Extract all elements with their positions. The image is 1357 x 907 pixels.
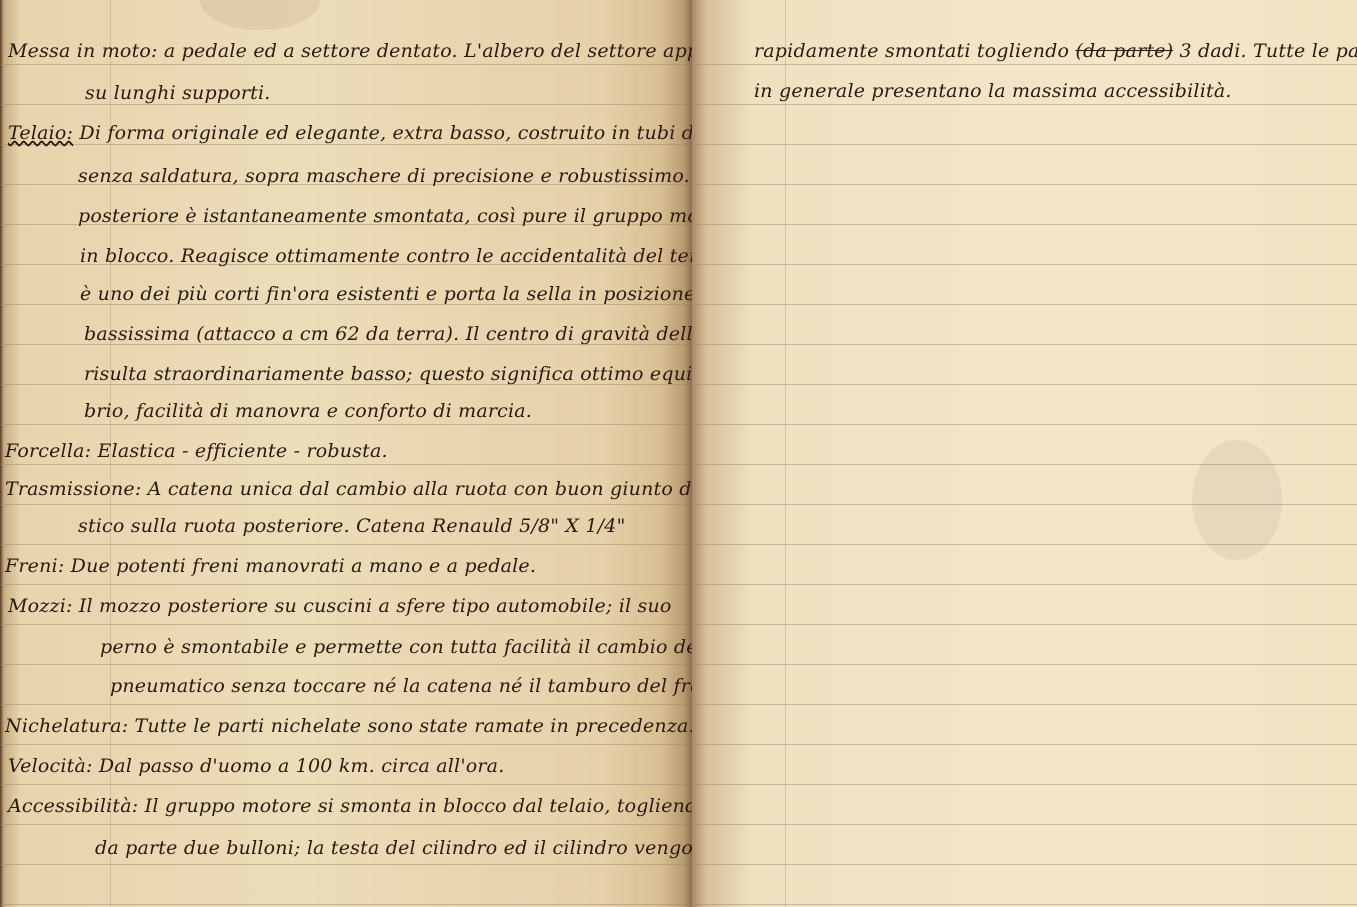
note-line: posteriore è istantaneamente smontata, c… [78,205,692,227]
note-line: da parte due bulloni; la testa del cilin… [95,837,692,859]
section-label: Messa in moto: [8,40,158,62]
note-text: a pedale ed a settore dentato. L'albero … [158,40,692,62]
note-line: stico sulla ruota posteriore. Catena Ren… [78,515,626,537]
note-text: su lunghi supporti. [85,82,270,104]
note-line: risulta straordinariamente basso; questo… [84,363,692,385]
section-label: Telaio: [8,122,73,144]
section-label: Mozzi: [8,595,73,617]
section-label: Nichelatura: [5,715,128,737]
note-line-telaio: Telaio: Di forma originale ed elegante, … [8,122,692,144]
note-text: Due potenti freni manovrati a mano e a p… [64,555,536,577]
note-line-continuation: in generale presentano la massima access… [754,80,1232,102]
section-label: Velocità: [8,755,93,777]
note-text: Tutte le parti nichelate sono state rama… [128,715,692,737]
note-line-trasmissione: Trasmissione: A catena unica dal cambio … [5,478,692,500]
note-line: pneumatico senza toccare né la catena né… [110,675,692,697]
note-line-accessibilita: Accessibilità: Il gruppo motore si smont… [8,795,692,817]
note-line-nichelatura: Nichelatura: Tutte le parti nichelate so… [5,715,692,737]
note-text: A catena unica dal cambio alla ruota con… [141,478,692,500]
note-line-velocita: Velocità: Dal passo d'uomo a 100 km. cir… [8,755,504,777]
note-text: 3 dadi. Tutte le parti [1173,40,1357,62]
left-page: Messa in moto: a pedale ed a settore den… [0,0,692,907]
struck-text: (da parte) [1075,40,1173,62]
right-page: rapidamente smontati togliendo (da parte… [692,0,1357,907]
section-label: Freni: [5,555,64,577]
note-text: pneumatico senza toccare né la catena né… [110,675,692,697]
note-line: è uno dei più corti fin'ora esistenti e … [80,283,692,305]
note-text: è uno dei più corti fin'ora esistenti e … [80,283,692,305]
note-line: in blocco. Reagisce ottimamente contro l… [80,245,692,267]
note-text: senza saldatura, sopra maschere di preci… [78,165,692,187]
note-text: rapidamente smontati togliendo [754,40,1075,62]
note-text: perno è smontabile e permette con tutta … [100,636,692,658]
section-label: Accessibilità: [8,795,138,817]
paper-stain [1192,440,1282,560]
margin-line [785,0,786,907]
note-line: perno è smontabile e permette con tutta … [100,636,692,658]
note-text: Elastica - efficiente - robusta. [91,440,387,462]
note-line-freni: Freni: Due potenti freni manovrati a man… [5,555,536,577]
note-line: brio, facilità di manovra e conforto di … [84,400,532,422]
note-text: Il mozzo posteriore su cuscini a sfere t… [73,595,672,617]
note-text: Di forma originale ed elegante, extra ba… [73,122,692,144]
note-line: senza saldatura, sopra maschere di preci… [78,165,692,187]
note-line-mozzi: Mozzi: Il mozzo posteriore su cuscini a … [8,595,672,617]
note-text: in generale presentano la massima access… [754,80,1232,102]
note-line: su lunghi supporti. [85,82,270,104]
note-text: stico sulla ruota posteriore. Catena Ren… [78,515,626,537]
note-text: risulta straordinariamente basso; questo… [84,363,692,385]
note-text: da parte due bulloni; la testa del cilin… [95,837,692,859]
note-text: posteriore è istantaneamente smontata, c… [78,205,692,227]
note-line: bassissima (attacco a cm 62 da terra). I… [84,323,692,345]
note-text: Dal passo d'uomo a 100 km. circa all'ora… [93,755,505,777]
note-text: Il gruppo motore si smonta in blocco dal… [138,795,692,817]
note-line-continuation: rapidamente smontati togliendo (da parte… [754,40,1357,62]
note-line-messa-in-moto: Messa in moto: a pedale ed a settore den… [8,40,692,62]
section-label: Forcella: [5,440,91,462]
note-text: in blocco. Reagisce ottimamente contro l… [80,245,692,267]
section-label: Trasmissione: [5,478,141,500]
note-text: brio, facilità di manovra e conforto di … [84,400,532,422]
note-text: bassissima (attacco a cm 62 da terra). I… [84,323,692,345]
note-line-forcella: Forcella: Elastica - efficiente - robust… [5,440,388,462]
